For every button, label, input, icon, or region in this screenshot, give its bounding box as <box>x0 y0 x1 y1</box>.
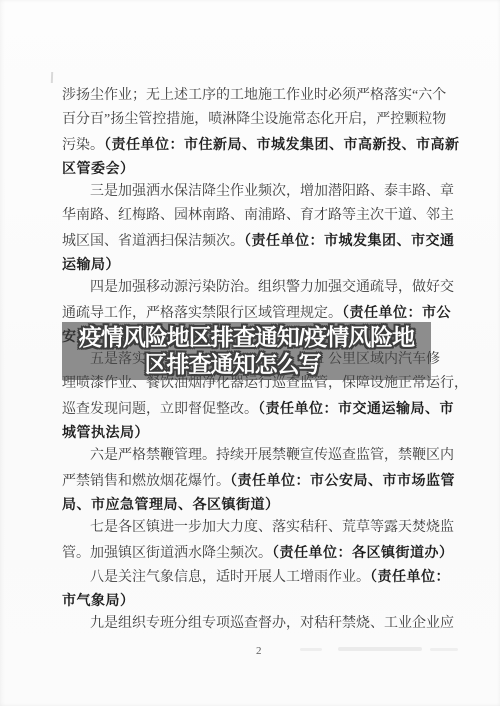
document-line: 九是组织专班分组专项巡查督办，对秸秆禁烧、工业企业应 <box>62 612 440 636</box>
scan-artifact <box>338 647 422 651</box>
document-line: 城区国、省道洒扫保洁频次。（责任单位：市城发集团、市交通 <box>62 228 440 252</box>
document-line: 市气象局） <box>62 588 440 612</box>
responsible-unit-text: （责任单位：市交通运输局、市 <box>258 400 454 416</box>
document-line: 巡查发现问题，立即督促整改。（责任单位：市交通运输局、市 <box>62 396 440 420</box>
responsible-unit-text: （责任单位： <box>370 568 450 584</box>
document-line: 四是加强移动源污染防治。组织警力加强交通疏导，做好交 <box>62 276 440 300</box>
responsible-unit-text: （责任单位：市公 <box>342 304 451 320</box>
responsible-unit-text: （责任单位：各区镇街道办） <box>272 544 454 560</box>
document-line: 城管执法局） <box>62 420 440 444</box>
page-number: 2 <box>256 645 262 657</box>
document-line: 管。加强镇区街道洒水降尘频次。（责任单位：各区镇街道办） <box>62 540 440 564</box>
body-text: 九是组织专班分组专项巡查督办，对秸秆禁烧、工业企业应 <box>90 616 454 631</box>
document-line: 涉扬尘作业；无上述工序的工地施工作业时必须严格落实“六个 <box>62 84 440 108</box>
scan-artifact <box>430 648 458 651</box>
document-line: 局、市应急管理局、各区镇街道） <box>62 492 440 516</box>
responsible-unit-text: （责任单位：市城发集团、市交通 <box>244 232 455 248</box>
body-text: 八是关注气象信息，适时开展人工增雨作业。 <box>90 570 370 585</box>
responsible-unit-text: 城管执法局） <box>62 424 149 440</box>
body-text: 六是严格禁鞭管理。持续开展禁鞭宣传巡查监管，禁鞭区内 <box>90 448 454 463</box>
document-line: 区管委会） <box>62 156 440 180</box>
body-text: 严禁销售和燃放烟花爆竹。 <box>62 474 230 489</box>
responsible-unit-text: 运输局） <box>62 256 120 272</box>
document-line: 六是严格禁鞭管理。持续开展禁鞭宣传巡查监管，禁鞭区内 <box>62 444 440 468</box>
title-overlay: 疫情风险地区排查通知/疫情风险地 区排查通知怎么写 <box>62 322 431 380</box>
document-line: 污染。（责任单位：市住新局、市城发集团、市高新投、市高新 <box>62 132 440 156</box>
body-text: 城区国、省道洒扫保洁频次。 <box>62 234 244 249</box>
body-text: 巡查发现问题，立即督促整改。 <box>62 402 258 417</box>
body-text: 三是加强洒水保洁降尘作业频次，增加潜阳路、泰丰路、章 <box>90 184 454 199</box>
responsible-unit-text: （责任单位：市住新局、市城发集团、市高新投、市高新 <box>104 136 460 152</box>
document-line: 七是各区镇进一步加大力度、落实秸秆、荒草等露天焚烧监 <box>62 516 440 540</box>
document-line: 运输局） <box>62 252 440 276</box>
responsible-unit-text: 区管委会） <box>62 160 135 176</box>
body-text: 七是各区镇进一步加大力度、落实秸秆、荒草等露天焚烧监 <box>90 520 454 535</box>
scan-artifact <box>300 648 322 651</box>
responsible-unit-text: 市气象局） <box>62 592 135 608</box>
overlay-title-line1: 疫情风险地区排查通知/疫情风险地 <box>79 324 414 351</box>
body-text: 百分百”扬尘管控措施，喷淋降尘设施常态化开启，严控颗粒物 <box>62 112 446 127</box>
document-line: 百分百”扬尘管控措施，喷淋降尘设施常态化开启，严控颗粒物 <box>62 108 440 132</box>
body-text: 通疏导工作，严格落实禁限行区域管理规定。 <box>62 306 342 321</box>
body-text: 华南路、红梅路、园林南路、南浦路、育才路等主次干道、邻主 <box>62 208 454 223</box>
body-text: 涉扬尘作业；无上述工序的工地施工作业时必须严格落实“六个 <box>62 88 446 103</box>
scan-artifact <box>51 72 53 83</box>
body-text: 四是加强移动源污染防治。组织警力加强交通疏导，做好交 <box>90 280 454 295</box>
document-line: 八是关注气象信息，适时开展人工增雨作业。（责任单位： <box>62 564 440 588</box>
body-text: 管。加强镇区街道洒水降尘频次。 <box>62 546 272 561</box>
overlay-title-line2: 区排查通知怎么写 <box>145 351 321 378</box>
document-line: 通疏导工作，严格落实禁限行区域管理规定。（责任单位：市公 <box>62 300 440 324</box>
responsible-unit-text: （责任单位：市公安局、市市场监管 <box>230 472 455 488</box>
responsible-unit-text: 局、市应急管理局、各区镇街道） <box>62 496 280 512</box>
document-line: 三是加强洒水保洁降尘作业频次，增加潜阳路、泰丰路、章 <box>62 180 440 204</box>
scanned-document-page: 涉扬尘作业；无上述工序的工地施工作业时必须严格落实“六个百分百”扬尘管控措施，喷… <box>0 0 500 706</box>
document-line: 严禁销售和燃放烟花爆竹。（责任单位：市公安局、市市场监管 <box>62 468 440 492</box>
body-text: 污染。 <box>62 138 104 153</box>
document-line: 华南路、红梅路、园林南路、南浦路、育才路等主次干道、邻主 <box>62 204 440 228</box>
